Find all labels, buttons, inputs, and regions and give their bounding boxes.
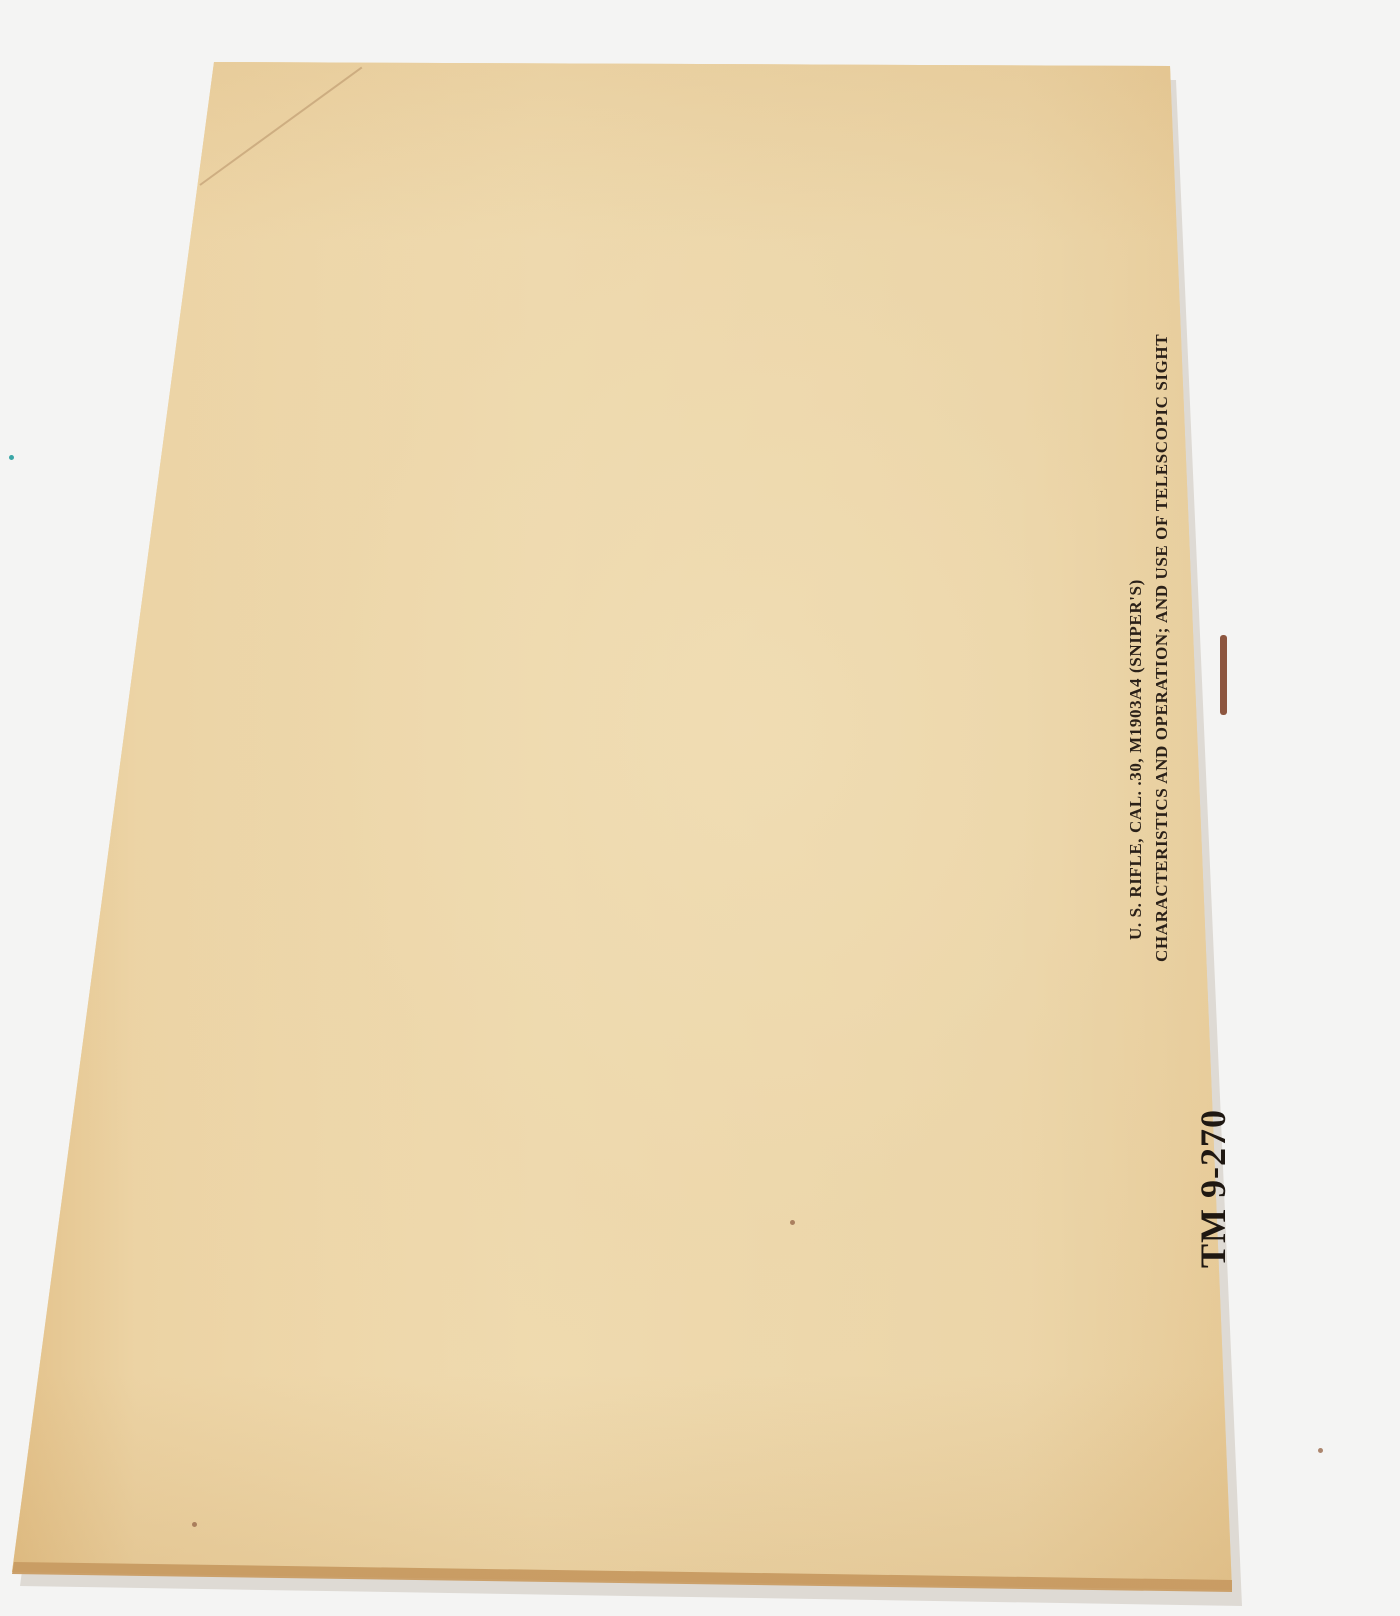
foxing-spot [790,1220,795,1225]
foxing-spot [1318,1448,1323,1453]
manual-number: TM 9-270 [1192,1109,1234,1268]
stray-speck [9,455,14,460]
cover-title: U. S. RIFLE, CAL. .30, M1903A4 (SNIPER'S… [1123,334,1175,962]
foxing-spot [192,1522,197,1527]
title-line-2: CHARACTERISTICS AND OPERATION; AND USE O… [1149,334,1175,962]
spine-stain [1220,635,1227,715]
title-line-1: U. S. RIFLE, CAL. .30, M1903A4 (SNIPER'S… [1123,334,1149,962]
photo-scene: U. S. RIFLE, CAL. .30, M1903A4 (SNIPER'S… [0,0,1358,1616]
